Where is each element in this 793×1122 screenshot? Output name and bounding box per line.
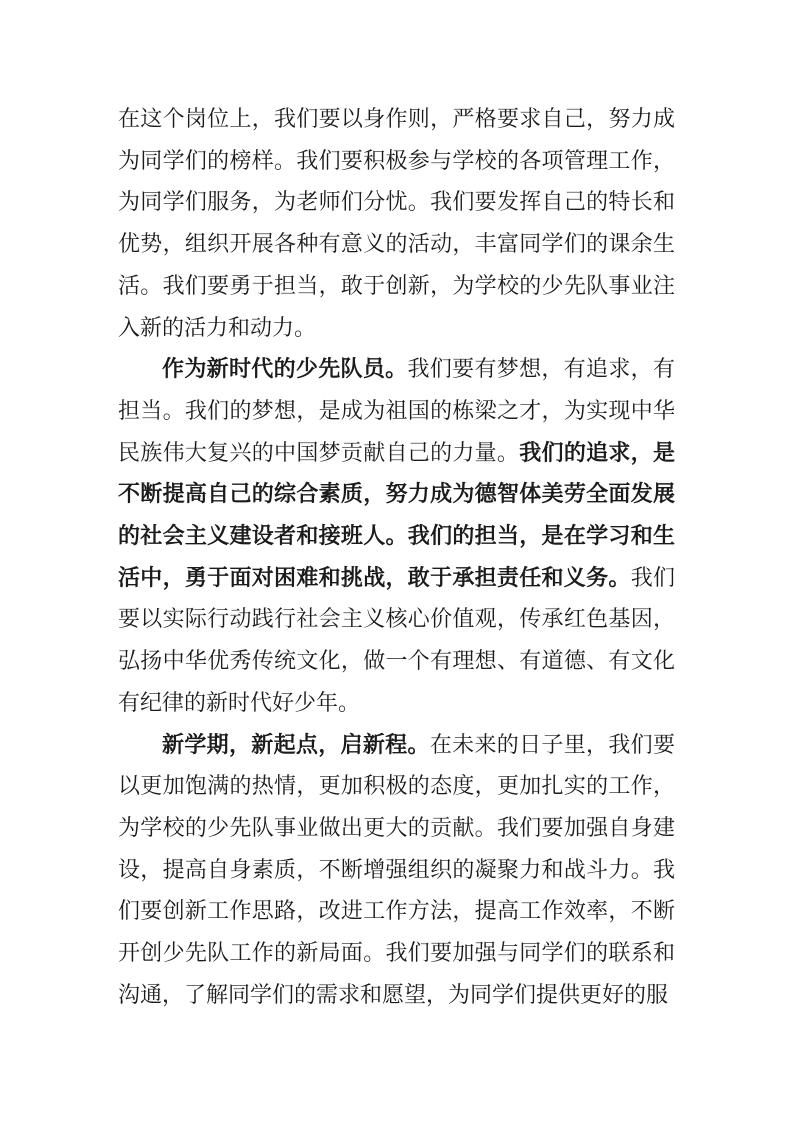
paragraph-1: 在这个岗位上，我们要以身作则，严格要求自己，努力成为同学们的榜样。我们要积极参与… <box>118 98 675 348</box>
paragraph-3: 新学期，新起点，启新程。在未来的日子里，我们要以更加饱满的热情，更加积极的态度，… <box>118 724 675 1016</box>
bold-text-run-3-1: 新学期，新起点，启新程。 <box>162 732 430 757</box>
document-body: 在这个岗位上，我们要以身作则，严格要求自己，努力成为同学们的榜样。我们要积极参与… <box>118 98 675 1015</box>
bold-text-run-2-1: 作为新时代的少先队员。 <box>162 356 408 381</box>
text-run-1-1: 在这个岗位上，我们要以身作则，严格要求自己，努力成为同学们的榜样。我们要积极参与… <box>118 106 675 340</box>
paragraph-2: 作为新时代的少先队员。我们要有梦想，有追求，有担当。我们的梦想，是成为祖国的栋梁… <box>118 348 675 723</box>
text-run-3-2: 在未来的日子里，我们要以更加饱满的热情，更加积极的态度，更加扎实的工作，为学校的… <box>118 732 675 1007</box>
document-page: 在这个岗位上，我们要以身作则，严格要求自己，努力成为同学们的榜样。我们要积极参与… <box>0 0 793 1122</box>
